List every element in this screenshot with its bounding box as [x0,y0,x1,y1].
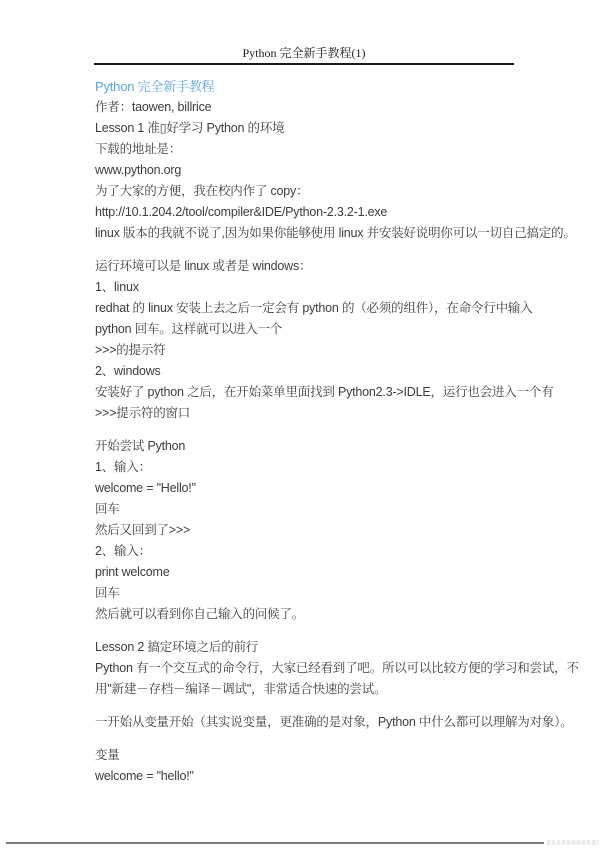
footer-rule [6,842,544,844]
text-line: 2、windows [95,361,517,382]
text-line: python 回车。这样就可以进入一个 [95,319,517,340]
document-page: Python 完全新手教程(1) Python 完全新手教程 作者：taowen… [0,0,600,851]
paragraph: 运行环境可以是 linux 或者是 windows：1、linuxredhat … [95,256,517,424]
doc-paragraphs: Lesson 1 准▯好学习 Python 的环境下载的地址是：www.pyth… [95,118,517,787]
text-line: 然后就可以看到你自己输入的问候了。 [95,604,517,625]
text-line: http://10.1.204.2/tool/compiler&IDE/Pyth… [95,202,517,223]
paragraph: 开始尝试 Python1、输入：welcome = "Hello!"回车然后又回… [95,436,517,625]
text-line: 1、linux [95,277,517,298]
text-line: redhat 的 linux 安装上去之后一定会有 python 的（必须的组件… [95,298,517,319]
doc-author: 作者：taowen, billrice [95,97,517,118]
text-line: Python 有一个交互式的命令行，大家已经看到了吧。所以可以比较方便的学习和尝… [95,658,517,679]
text-line: 1、输入： [95,457,517,478]
text-line: print welcome [95,562,517,583]
text-line: www.python.org [95,160,517,181]
paragraph: Lesson 2 搞定环境之后的前行Python 有一个交互式的命令行，大家已经… [95,637,517,700]
text-line: linux 版本的我就不说了,因为如果你能够使用 linux 并安装好说明你可以… [95,223,517,244]
text-line: 回车 [95,499,517,520]
doc-title: Python 完全新手教程 [95,76,517,97]
header-title: Python 完全新手教程(1) [242,46,365,60]
title-block: Python 完全新手教程 作者：taowen, billrice [95,76,517,118]
paragraph: Lesson 1 准▯好学习 Python 的环境下载的地址是：www.pyth… [95,118,517,244]
text-line: 回车 [95,583,517,604]
text-line: 然后又回到了>>> [95,520,517,541]
text-line: welcome = "Hello!" [95,478,517,499]
text-line: 2、输入： [95,541,517,562]
text-line: 开始尝试 Python [95,436,517,457]
text-line: >>>的提示符 [95,340,517,361]
text-line: welcome = "hello!" [95,766,517,787]
page-header: Python 完全新手教程(1) [94,44,514,65]
text-line: >>>提示符的窗口 [95,403,517,424]
text-line: 安装好了 python 之后，在开始菜单里面找到 Python2.3->IDLE… [95,382,517,403]
text-line: 用"新建－存档－编译－调试"，非常适合快速的尝试。 [95,679,517,700]
document-body: Python 完全新手教程 作者：taowen, billrice Lesson… [95,76,517,787]
text-line: 变量 [95,745,517,766]
text-line: Lesson 1 准▯好学习 Python 的环境 [95,118,517,139]
paragraph: 变量welcome = "hello!" [95,745,517,787]
text-line: 为了大家的方便，我在校内作了 copy： [95,181,517,202]
text-line: 一开始从变量开始（其实说变量，更准确的是对象，Python 中什么都可以理解为对… [95,712,517,733]
text-line: 下载的地址是： [95,139,517,160]
text-line: 运行环境可以是 linux 或者是 windows： [95,256,517,277]
text-line: Lesson 2 搞定环境之后的前行 [95,637,517,658]
watermark-smudge [547,840,598,845]
paragraph: 一开始从变量开始（其实说变量，更准确的是对象，Python 中什么都可以理解为对… [95,712,517,733]
